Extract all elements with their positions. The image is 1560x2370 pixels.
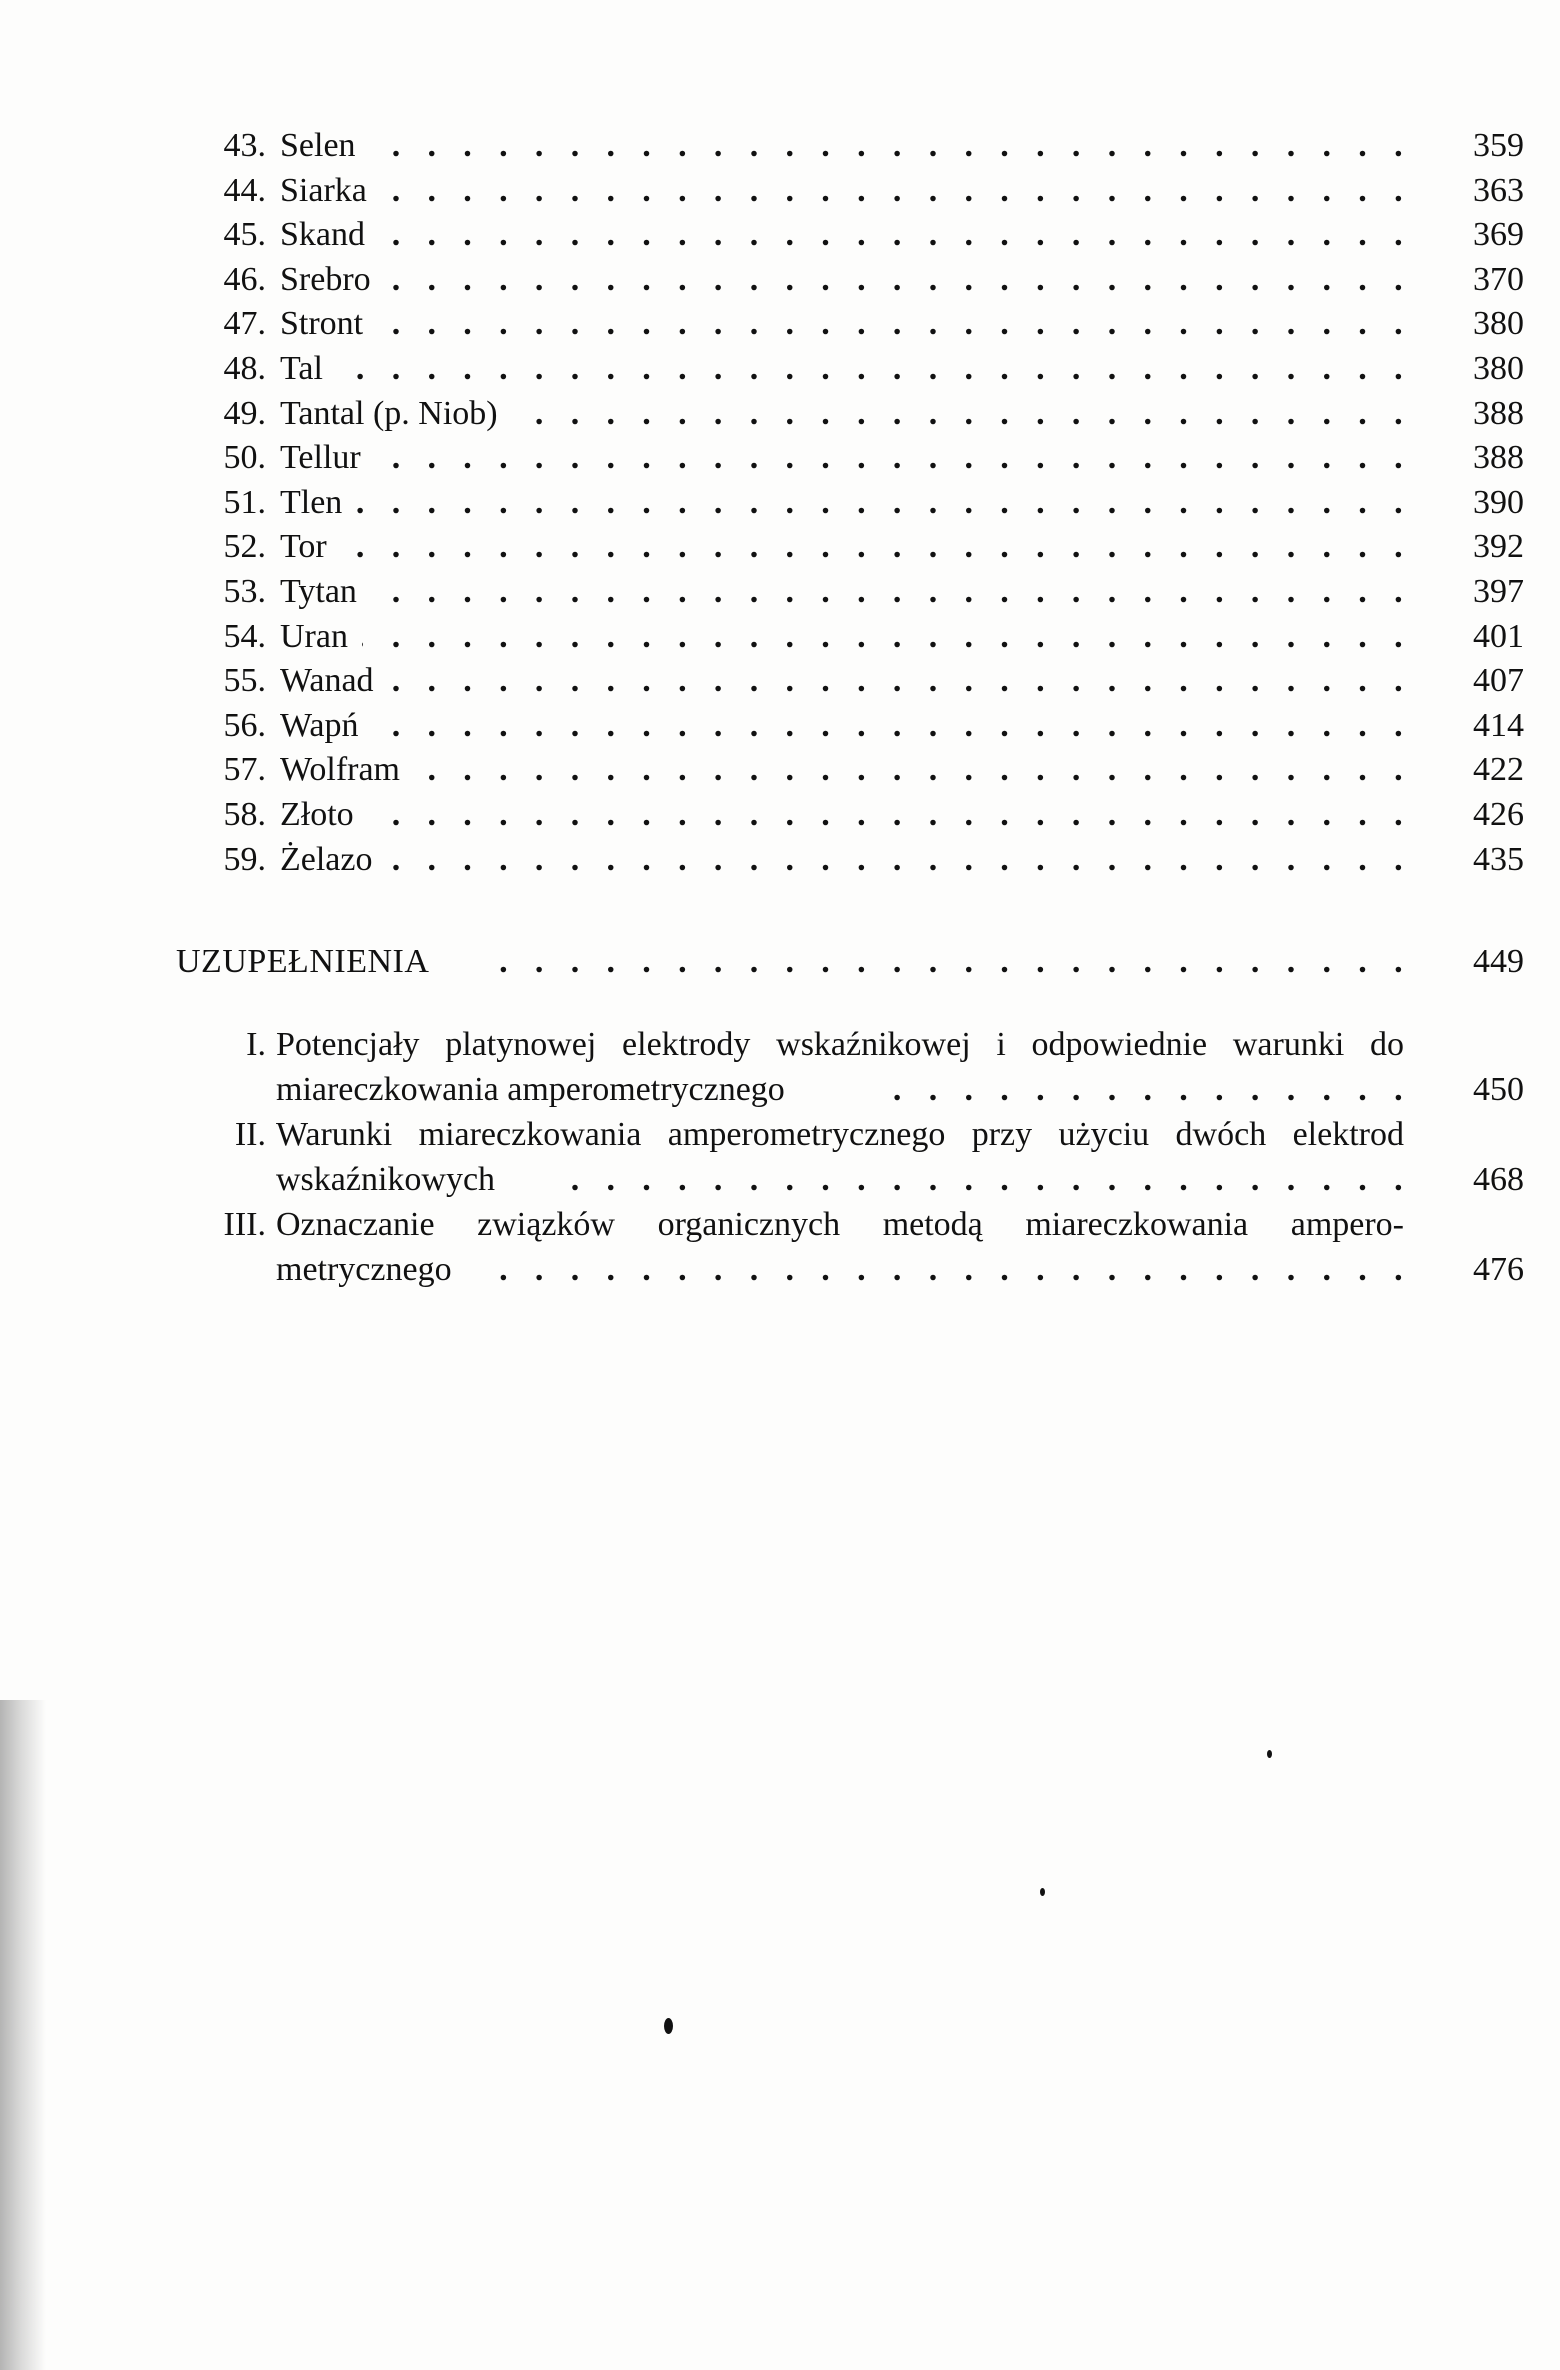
dot-leader	[377, 302, 1412, 346]
dot-leader	[341, 525, 1412, 569]
entry-page: 380	[1462, 302, 1524, 346]
appendix-title-line1: Warunki miareczkowania amperometrycznego…	[276, 1113, 1404, 1157]
entry-number: 48.	[170, 347, 266, 391]
ink-speck	[1267, 1750, 1272, 1758]
entry-number: 51.	[170, 481, 266, 525]
entry-number: 53.	[170, 570, 266, 614]
entry-number: 46.	[170, 258, 266, 302]
appendix-page: 476	[1462, 1248, 1524, 1292]
entry-page: 370	[1462, 258, 1524, 302]
toc-entry[interactable]: 48.Tal380	[0, 347, 1560, 391]
section-title: UZUPEŁNIENIA	[176, 940, 429, 984]
entry-page: 435	[1462, 838, 1524, 882]
dot-leader	[356, 481, 1412, 525]
entry-title: Tal	[280, 347, 323, 391]
appendix-number: III.	[150, 1203, 266, 1247]
toc-entry[interactable]: 46.Srebro370	[0, 258, 1560, 302]
appendix-title-line1: Oznaczanie związków organicznych metodą …	[276, 1203, 1404, 1247]
dot-leader	[372, 704, 1412, 748]
dot-leader	[875, 1068, 1412, 1112]
dot-leader	[560, 1158, 1412, 1202]
dot-leader	[379, 213, 1412, 257]
entry-page: 401	[1462, 615, 1524, 659]
dot-leader	[500, 1248, 1412, 1292]
toc-entry[interactable]: 49.Tantal (p. Niob)388	[0, 392, 1560, 436]
appendix-page: 468	[1462, 1158, 1524, 1202]
dot-leader	[362, 615, 1412, 659]
entry-title: Stront	[280, 302, 363, 346]
appendix-number: I.	[150, 1023, 266, 1067]
dot-leader	[387, 838, 1412, 882]
entry-number: 57.	[170, 748, 266, 792]
entry-title: Tor	[280, 525, 327, 569]
entry-title: Tellur	[280, 436, 361, 480]
entry-number: 56.	[170, 704, 266, 748]
entry-page: 422	[1462, 748, 1524, 792]
ink-speck	[664, 2018, 673, 2034]
appendix-title-line2: miareczkowania amperometrycznego	[276, 1068, 785, 1112]
appendix-page: 450	[1462, 1068, 1524, 1112]
toc-entry[interactable]: 50.Tellur388	[0, 436, 1560, 480]
entry-title: Tlen	[280, 481, 342, 525]
entry-title: Tantal (p. Niob)	[280, 392, 498, 436]
entry-number: 45.	[170, 213, 266, 257]
entry-number: 55.	[170, 659, 266, 703]
entry-title: Wanad	[280, 659, 374, 703]
dot-leader	[337, 347, 1412, 391]
appendix-title-line2: wskaźnikowych	[276, 1158, 495, 1202]
dot-leader	[375, 436, 1412, 480]
entry-page: 392	[1462, 525, 1524, 569]
entry-number: 52.	[170, 525, 266, 569]
entry-page: 426	[1462, 793, 1524, 837]
entry-page: 407	[1462, 659, 1524, 703]
toc-entry[interactable]: 54.Uran401	[0, 615, 1560, 659]
entry-title: Żelazo	[280, 838, 373, 882]
entry-page: 363	[1462, 169, 1524, 213]
toc-entry[interactable]: 56.Wapń414	[0, 704, 1560, 748]
entry-number: 58.	[170, 793, 266, 837]
dot-leader	[512, 392, 1412, 436]
entry-number: 47.	[170, 302, 266, 346]
toc-entry[interactable]: 59.Żelazo435	[0, 838, 1560, 882]
entry-page: 414	[1462, 704, 1524, 748]
toc-entry[interactable]: 45.Skand369	[0, 213, 1560, 257]
entry-number: 44.	[170, 169, 266, 213]
dot-leader	[371, 570, 1412, 614]
entry-title: Złoto	[280, 793, 354, 837]
toc-entry[interactable]: 58.Złoto426	[0, 793, 1560, 837]
toc-section-uzupelnienia[interactable]: UZUPEŁNIENIA 449	[0, 940, 1560, 984]
entry-title: Selen	[280, 124, 356, 168]
entry-page: 388	[1462, 392, 1524, 436]
toc-entry[interactable]: 47.Stront380	[0, 302, 1560, 346]
entry-title: Wolfram	[280, 748, 400, 792]
entry-number: 59.	[170, 838, 266, 882]
toc-entry[interactable]: 53.Tytan397	[0, 570, 1560, 614]
entry-page: 388	[1462, 436, 1524, 480]
toc-entry[interactable]: 55.Wanad407	[0, 659, 1560, 703]
appendix-title-line1: Potencjały platynowej elektrody wskaźnik…	[276, 1023, 1404, 1067]
entry-number: 43.	[170, 124, 266, 168]
dot-leader	[478, 940, 1412, 984]
entry-page: 397	[1462, 570, 1524, 614]
entry-title: Siarka	[280, 169, 367, 213]
toc-entry[interactable]: 43.Selen359	[0, 124, 1560, 168]
toc-entry[interactable]: 52.Tor392	[0, 525, 1560, 569]
entry-number: 50.	[170, 436, 266, 480]
toc-entry[interactable]: 51.Tlen390	[0, 481, 1560, 525]
dot-leader	[385, 258, 1412, 302]
toc-entry[interactable]: 57.Wolfram422	[0, 748, 1560, 792]
entry-page: 369	[1462, 213, 1524, 257]
entry-title: Wapń	[280, 704, 358, 748]
entry-title: Tytan	[280, 570, 357, 614]
entry-number: 49.	[170, 392, 266, 436]
dot-leader	[368, 793, 1412, 837]
dot-leader	[414, 748, 1412, 792]
scan-shadow	[0, 1700, 46, 2370]
entry-page: 359	[1462, 124, 1524, 168]
appendix-number: II.	[150, 1113, 266, 1157]
entry-page: 390	[1462, 481, 1524, 525]
appendix-title-line2: metrycznego	[276, 1248, 452, 1292]
dot-leader	[370, 124, 1412, 168]
ink-speck	[1040, 1888, 1045, 1896]
toc-entry[interactable]: 44.Siarka363	[0, 169, 1560, 213]
entry-title: Uran	[280, 615, 348, 659]
entry-title: Srebro	[280, 258, 371, 302]
entry-title: Skand	[280, 213, 365, 257]
entry-page: 380	[1462, 347, 1524, 391]
entry-number: 54.	[170, 615, 266, 659]
section-page: 449	[1462, 940, 1524, 984]
dot-leader	[388, 659, 1412, 703]
dot-leader	[381, 169, 1412, 213]
